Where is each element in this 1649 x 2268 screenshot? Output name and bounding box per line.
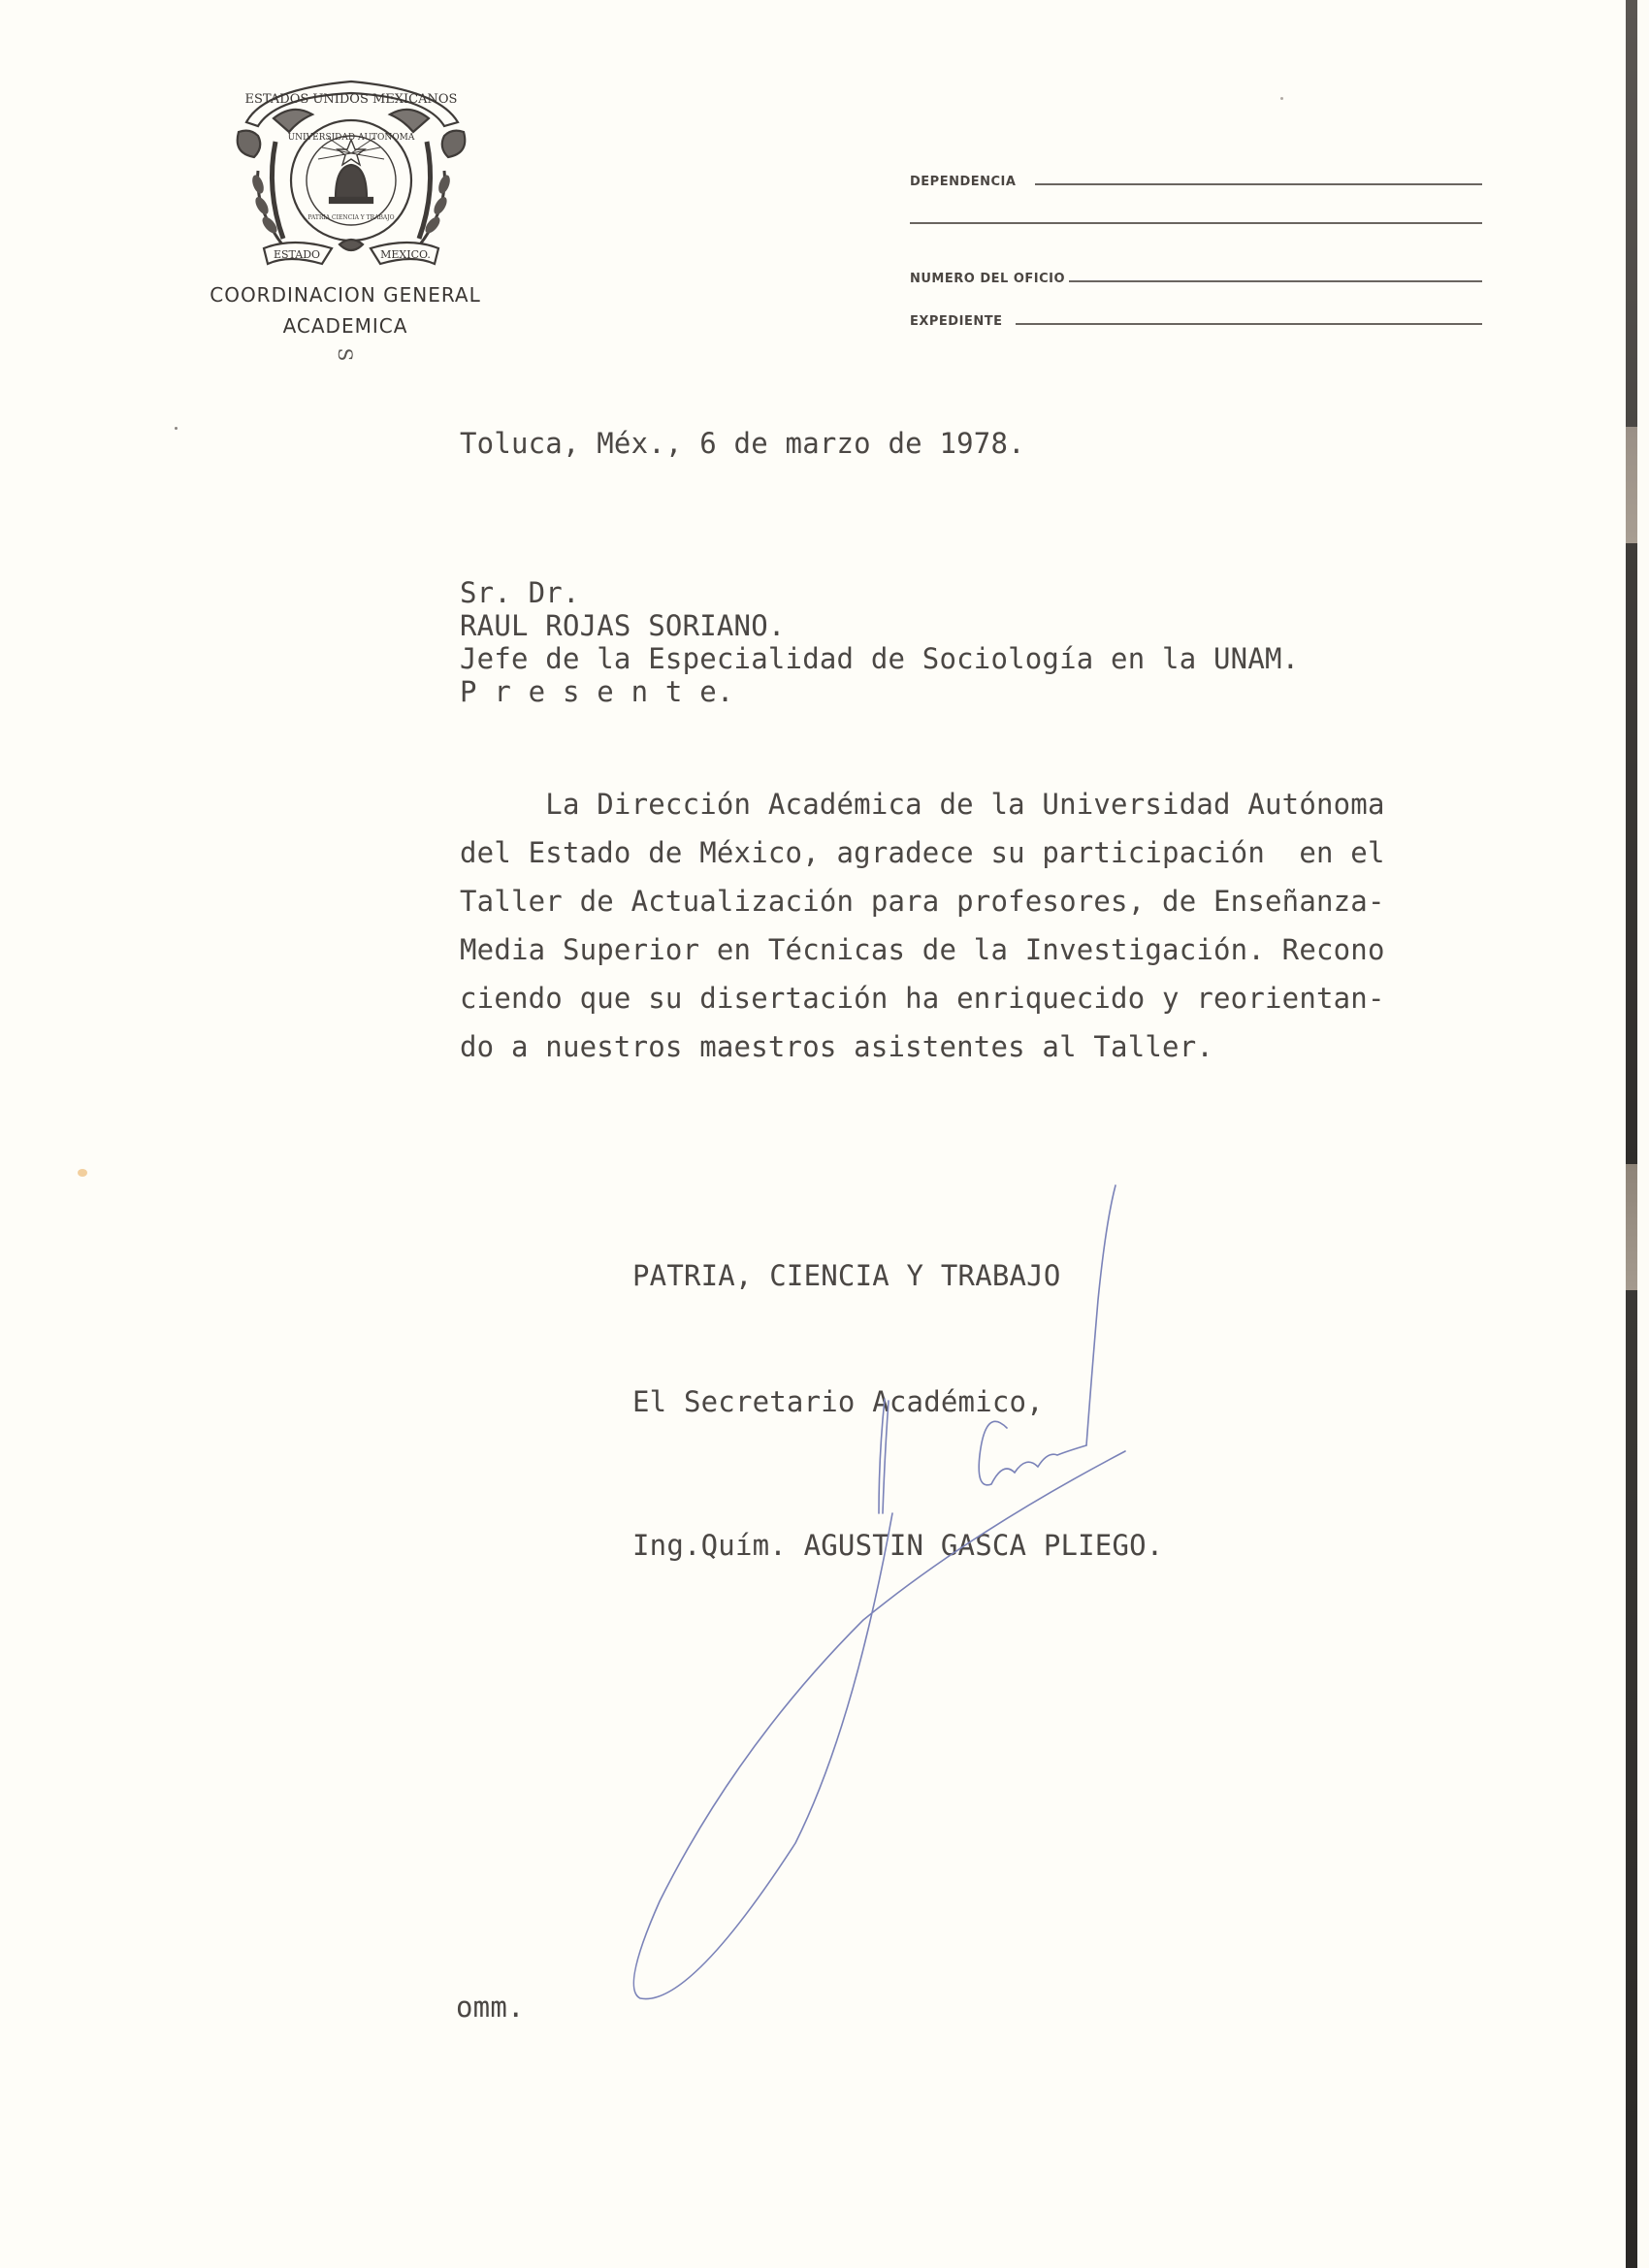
organization-name: COORDINACION GENERAL ACADEMICA S bbox=[180, 279, 510, 371]
body-line: La Dirección Académica de la Universidad… bbox=[460, 788, 1385, 821]
salutation: Sr. Dr. bbox=[460, 576, 580, 609]
letter-page: ESTADOS UNIDOS MEXICANOS UNIVERSIDAD AUT… bbox=[0, 0, 1637, 2268]
body-line: Taller de Actualización para profesores,… bbox=[460, 885, 1385, 918]
recipient-title: Jefe de la Especialidad de Sociología en… bbox=[460, 642, 1299, 675]
motto: PATRIA, CIENCIA Y TRABAJO bbox=[632, 1259, 1061, 1292]
dependencia-line bbox=[1035, 182, 1482, 185]
expediente-field: EXPEDIENTE bbox=[910, 314, 1482, 329]
signatory-name: Ing.Quím. AGUSTIN GASCA PLIEGO. bbox=[632, 1529, 1163, 1562]
closing-title: El Secretario Académico, bbox=[632, 1385, 1044, 1418]
paper-speck bbox=[175, 427, 178, 430]
university-seal-icon: ESTADOS UNIDOS MEXICANOS UNIVERSIDAD AUT… bbox=[225, 64, 477, 277]
place-date: Toluca, Méx., 6 de marzo de 1978. bbox=[460, 427, 1025, 460]
dependencia-line-2 bbox=[910, 221, 1482, 228]
body-line: do a nuestros maestros asistentes al Tal… bbox=[460, 1030, 1213, 1063]
recipient-name: RAUL ROJAS SORIANO. bbox=[460, 609, 786, 642]
org-line-1: COORDINACION GENERAL bbox=[180, 279, 510, 310]
blank-line bbox=[910, 221, 1482, 224]
org-line-2: ACADEMICA bbox=[180, 310, 510, 341]
numero-oficio-label: NUMERO DEL OFICIO bbox=[910, 272, 1065, 286]
body-line: del Estado de México, agradece su partic… bbox=[460, 836, 1385, 869]
presente: P r e s e n t e. bbox=[460, 675, 734, 708]
svg-text:ESTADOS UNIDOS MEXICANOS: ESTADOS UNIDOS MEXICANOS bbox=[245, 92, 458, 107]
typist-initials: omm. bbox=[456, 1991, 525, 2024]
signature-icon bbox=[543, 1164, 1164, 2037]
svg-text:UNIVERSIDAD AUTONOMA: UNIVERSIDAD AUTONOMA bbox=[288, 133, 415, 143]
svg-text:PATRIA CIENCIA Y TRABAJO: PATRIA CIENCIA Y TRABAJO bbox=[307, 214, 394, 221]
expediente-label: EXPEDIENTE bbox=[910, 314, 1002, 329]
scan-border bbox=[1626, 0, 1637, 2268]
numero-oficio-line bbox=[1069, 279, 1482, 282]
svg-text:ESTADO: ESTADO bbox=[274, 248, 320, 261]
svg-text:MEXICO.: MEXICO. bbox=[380, 248, 431, 261]
numero-oficio-field: NUMERO DEL OFICIO bbox=[910, 272, 1482, 286]
handwritten-mark: S bbox=[330, 345, 361, 365]
body-line: ciendo que su disertación ha enriquecido… bbox=[460, 982, 1385, 1015]
dependencia-field: DEPENDENCIA bbox=[910, 175, 1482, 189]
dependencia-label: DEPENDENCIA bbox=[910, 175, 1016, 189]
body-line: Media Superior en Técnicas de la Investi… bbox=[460, 933, 1385, 966]
paper-stain bbox=[78, 1169, 87, 1177]
expediente-line bbox=[1016, 322, 1482, 325]
paper-speck bbox=[1280, 97, 1283, 100]
